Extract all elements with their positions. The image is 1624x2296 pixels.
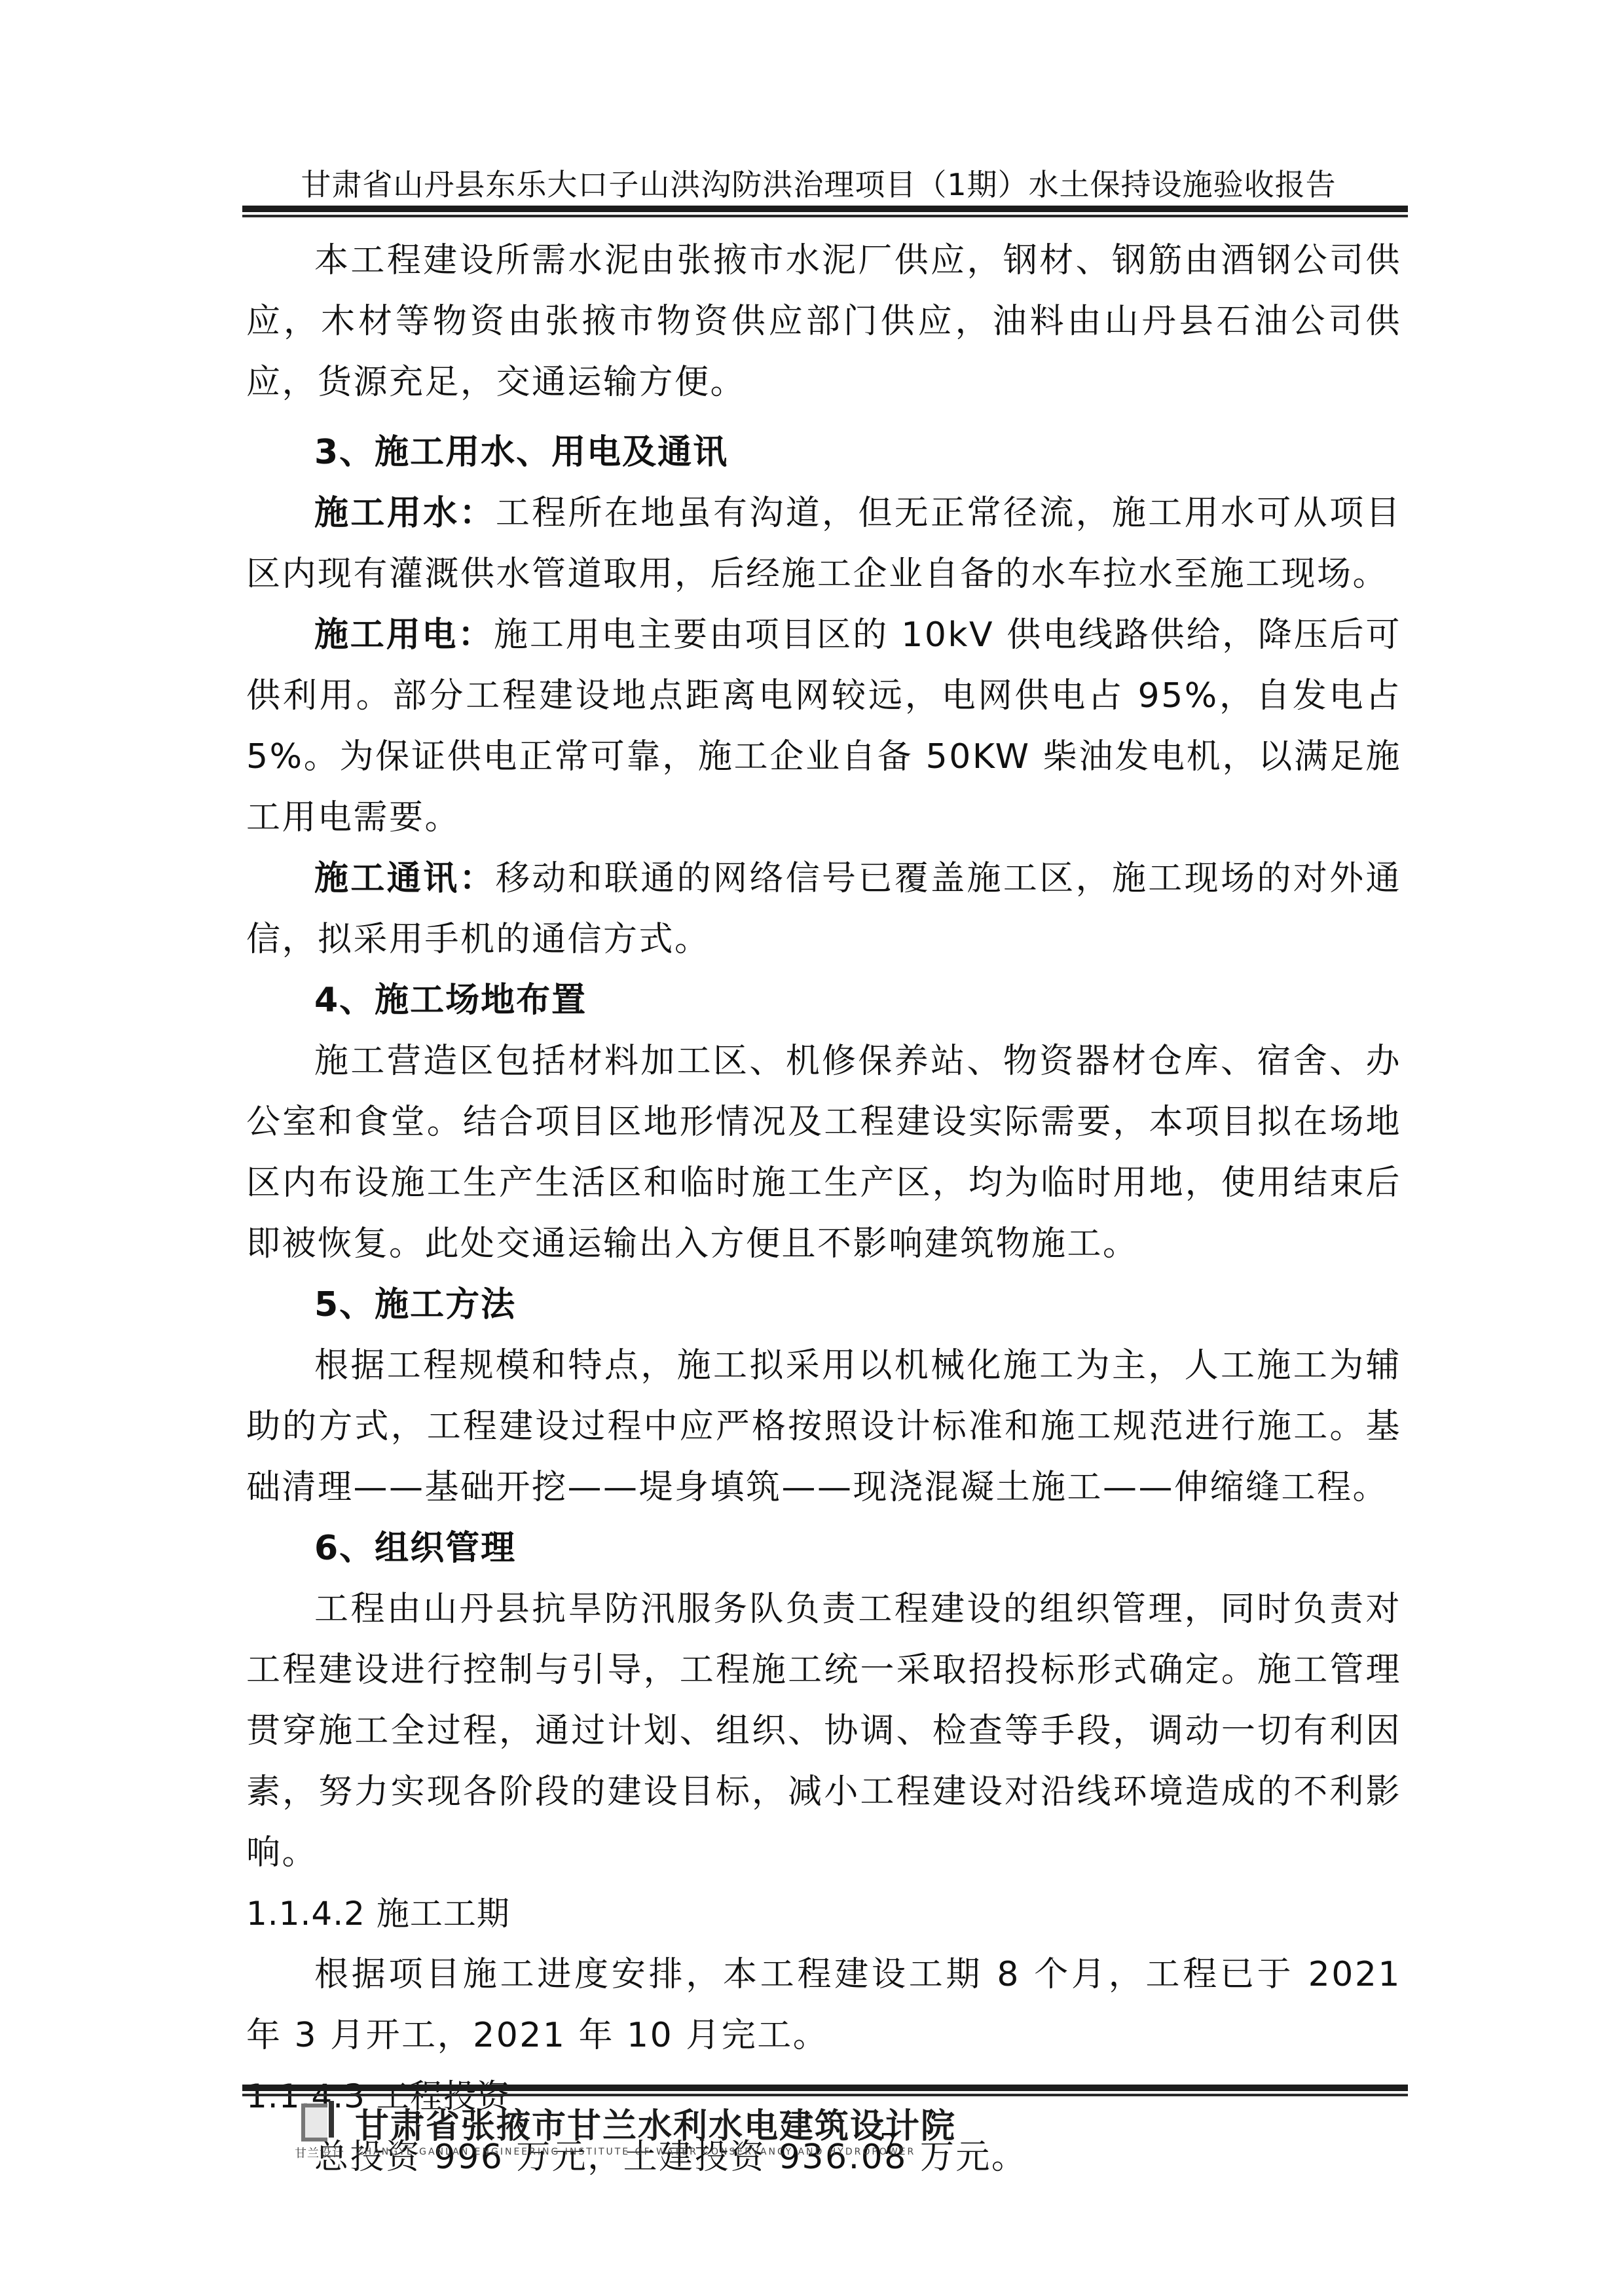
- logo-mark-icon: [301, 2104, 327, 2141]
- page-header: 甘肃省山丹县东乐大口子山洪沟防洪治理项目（1期）水土保持设施验收报告: [242, 165, 1395, 204]
- footer-rule-thick: [242, 2085, 1408, 2091]
- logo-bar-icon: [329, 2101, 334, 2138]
- paragraph-materials: 本工程建设所需水泥由张掖市水泥厂供应，钢材、钢筋由酒钢公司供应，木材等物资由张掖…: [246, 230, 1401, 413]
- section-1-1-4-2: 1.1.4.2 施工工期: [246, 1884, 1401, 1944]
- paragraph-power: 施工用电：施工用电主要由项目区的 10kV 供电线路供给，降压后可供利用。部分工…: [246, 605, 1401, 848]
- institute-name: 甘肃省张掖市甘兰水利水电建筑设计院: [355, 2098, 956, 2147]
- footer-rule-thin: [242, 2094, 1408, 2096]
- logo-caption: 甘兰设计: [295, 2144, 344, 2161]
- paragraph-water: 施工用水：工程所在地虽有沟道，但无正常径流，施工用水可从项目区内现有灌溉供水管道…: [246, 483, 1401, 605]
- paragraph-communication: 施工通讯：移动和联通的网络信号已覆盖施工区，施工现场的对外通信，拟采用手机的通信…: [246, 848, 1401, 970]
- heading-site-layout: 4、施工场地布置: [246, 970, 1401, 1031]
- paragraph-construction-period: 根据项目施工进度安排，本工程建设工期 8 个月，工程已于 2021 年 3 月开…: [246, 1944, 1401, 2066]
- institute-logo: 甘兰设计: [295, 2098, 341, 2164]
- page-number: 7: [879, 2128, 898, 2161]
- heading-construction-method: 5、施工方法: [246, 1275, 1401, 1336]
- institute-english-name: ZHANGYE GANLAN ENGINEERING INSTITUTE OF …: [356, 2147, 915, 2157]
- paragraph-organization: 工程由山丹县抗旱防汛服务队负责工程建设的组织管理，同时负责对工程建设进行控制与引…: [246, 1579, 1401, 1884]
- label-water: 施工用水：: [314, 494, 496, 533]
- paragraph-construction-method: 根据工程规模和特点，施工拟采用以机械化施工为主，人工施工为辅助的方式，工程建设过…: [246, 1336, 1401, 1518]
- header-rule-thick: [242, 206, 1408, 212]
- report-title: 甘肃省山丹县东乐大口子山洪沟防洪治理项目（1期）水土保持设施验收报告: [242, 165, 1395, 204]
- heading-water-power-comm: 3、施工用水、用电及通讯: [246, 422, 1401, 483]
- document-body: 本工程建设所需水泥由张掖市水泥厂供应，钢材、钢筋由酒钢公司供应，木材等物资由张掖…: [246, 216, 1401, 2188]
- page-footer: 甘兰设计 甘肃省张掖市甘兰水利水电建筑设计院 ZHANGYE GANLAN EN…: [295, 2098, 1408, 2164]
- label-power: 施工用电：: [314, 615, 494, 655]
- label-communication: 施工通讯：: [314, 859, 496, 898]
- heading-organization: 6、组织管理: [246, 1518, 1401, 1579]
- paragraph-site-layout: 施工营造区包括材料加工区、机修保养站、物资器材仓库、宿舍、办公室和食堂。结合项目…: [246, 1031, 1401, 1275]
